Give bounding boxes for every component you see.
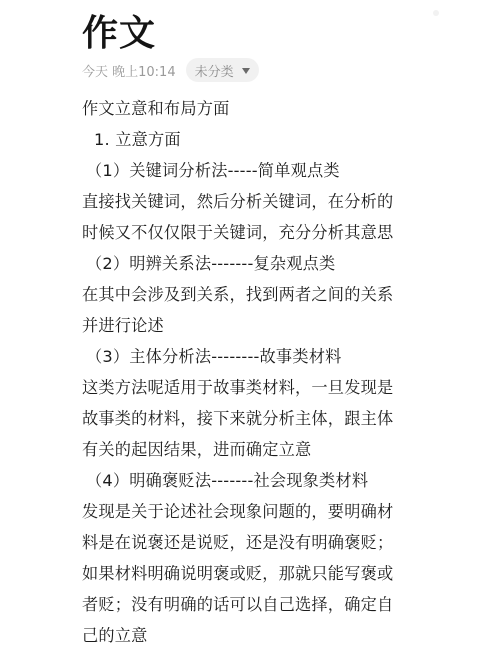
body-line-subheading: （3）主体分析法--------故事类材料 bbox=[82, 341, 482, 372]
body-line-subheading: （1）关键词分析法-----简单观点类 bbox=[82, 155, 482, 186]
body-line-heading: 1. 立意方面 bbox=[82, 124, 482, 155]
body-line: 作文立意和布局方面 bbox=[82, 93, 482, 124]
body-line: 直接找关键词，然后分析关键词，在分析的 bbox=[82, 186, 482, 217]
body-line: 这类方法呢适用于故事类材料，一旦发现是 bbox=[82, 372, 482, 403]
category-label: 未分类 bbox=[195, 61, 234, 80]
body-line-subheading: （2）明辨关系法-------复杂观点类 bbox=[82, 248, 482, 279]
body-line: 料是在说褒还是说贬，还是没有明确褒贬； bbox=[82, 527, 482, 558]
note-body[interactable]: 作文立意和布局方面 1. 立意方面 （1）关键词分析法-----简单观点类 直接… bbox=[82, 93, 482, 651]
body-line-subheading: （4）明确褒贬法-------社会现象类材料 bbox=[82, 465, 482, 496]
body-line: 有关的起因结果，进而确定立意 bbox=[82, 434, 482, 465]
body-line: 故事类的材料，接下来就分析主体，跟主体 bbox=[82, 403, 482, 434]
body-line: 者贬；没有明确的话可以自己选择，确定自 bbox=[82, 589, 482, 620]
status-dot bbox=[433, 10, 439, 16]
category-dropdown[interactable]: 未分类 bbox=[186, 58, 259, 82]
note-title[interactable]: 作文 bbox=[82, 12, 156, 56]
body-line: 并进行论述 bbox=[82, 310, 482, 341]
note-meta: 今天 晚上10:14 未分类 bbox=[82, 58, 259, 82]
note-timestamp: 今天 晚上10:14 bbox=[82, 61, 176, 80]
body-line: 己的立意 bbox=[82, 620, 482, 651]
body-line: 如果材料明确说明褒或贬，那就只能写褒或 bbox=[82, 558, 482, 589]
body-line: 时候又不仅仅限于关键词，充分分析其意思 bbox=[82, 217, 482, 248]
caret-down-icon bbox=[242, 68, 250, 74]
body-line: 在其中会涉及到关系，找到两者之间的关系 bbox=[82, 279, 482, 310]
body-line: 发现是关于论述社会现象问题的，要明确材 bbox=[82, 496, 482, 527]
